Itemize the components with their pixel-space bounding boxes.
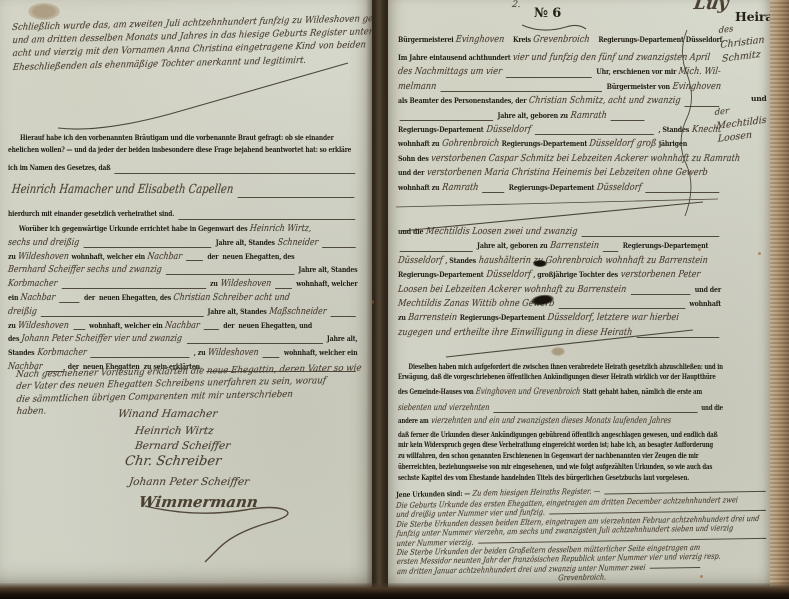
form-top-line: Sohn desverstorbenen Caspar Schmitz bei … <box>398 153 721 167</box>
printed-text: Regierungs-Departement <box>509 183 594 192</box>
blank-rule <box>187 342 323 344</box>
printed-text: , Standes <box>445 256 476 265</box>
printed-text: und die <box>701 403 723 412</box>
foxing-dot <box>700 575 703 578</box>
handwritten-text: Wildeshoven <box>18 320 70 331</box>
blank-rule <box>637 336 720 338</box>
handwritten-text: Wimmermann <box>138 493 259 511</box>
handwritten-text: Winand Hamacher <box>117 408 218 420</box>
handwritten-text: Zu dem hiesigen Heiraths Register. — <box>472 487 601 498</box>
record-number: № 6 <box>534 6 561 20</box>
couple-names: Heinrich Hamacher und Elisabeth Capellen <box>12 181 356 201</box>
printed-text: andere am <box>398 416 429 425</box>
form-top-line: Im Jahre eintausend achthundertvier und … <box>398 52 721 66</box>
blank-rule <box>263 356 280 358</box>
handwritten-text: sechs und dreißig <box>7 237 80 248</box>
printed-text: , zu <box>194 348 206 357</box>
printed-text: der neuen Ehegatten, des <box>207 252 294 261</box>
paper-stain <box>28 3 60 20</box>
printed-text: Dieselben haben mich aufgefordert die zw… <box>408 362 723 371</box>
blank-rule <box>83 246 211 248</box>
blank-rule <box>581 235 719 237</box>
witnesses-line: desJohann Peter Scheiffer vier und zwanz… <box>8 333 357 347</box>
handwritten-text: Nachbar <box>165 320 201 331</box>
printed-text: Erwägung, daß die vorgeschriebenen öffen… <box>398 372 716 381</box>
printed-text: hierdurch mit einander gesetzlich verhei… <box>8 209 174 218</box>
form-top-line: des Nachmittags um vierUhr, erschienen v… <box>398 66 721 80</box>
handwritten-text: Barrenstein <box>408 312 458 323</box>
witnesses-line: StandesKorbmacher, zuWildeshovenwohnhaft… <box>8 347 357 361</box>
urkunden: Jene Urkunden sind: —Zu dem hiesigen Hei… <box>396 484 768 586</box>
printed-text: Im Jahre eintausend achthundert <box>398 53 510 62</box>
announcement-line: des Gemeinde-Hauses vonEvinghoven und Gr… <box>398 387 723 403</box>
printed-text: Jahre alt, geboren zu <box>497 111 567 120</box>
handwritten-text: Gohrenbroich <box>441 138 499 149</box>
printed-text: Standes <box>8 348 34 357</box>
handwritten-text: Düsseldorf, <box>547 312 595 323</box>
printed-text: ein <box>8 293 18 302</box>
printed-text: als Beamter des Personenstandes, der <box>398 96 526 105</box>
book-gutter <box>366 0 390 588</box>
handwritten-text: Grevenbroich <box>533 34 591 45</box>
declaration-line: ehelichen wollen? — und da jeder der bei… <box>8 145 357 163</box>
blank-rule <box>331 315 356 317</box>
handwritten-text: Bernhard Scheiffer sechs und zwanzig <box>7 264 162 275</box>
blank-rule <box>611 119 645 121</box>
book-page-edges <box>770 0 789 599</box>
form-bride-line: zugegen und ertheilte ihre Einwilligung … <box>398 327 721 341</box>
announcement: Dieselben haben mich aufgefordert die zw… <box>398 362 723 484</box>
printed-text: überreichten, beziehungsweise von mir ei… <box>398 462 712 471</box>
blank-rule <box>400 250 473 252</box>
blank-rule <box>685 105 719 107</box>
printed-text: und der <box>398 168 424 177</box>
handwritten-text: verstorbenen Maria Christina Heinemis be… <box>426 167 708 178</box>
handwritten-text: des Nachmittags um vier <box>397 66 502 77</box>
handwritten-text: Christian Schmitz, acht und zwanzig <box>528 95 681 106</box>
form-bride-line: Loosen bei Lebzeiten Ackerer wohnhaft zu… <box>398 284 721 298</box>
form-top-line: wohnhaft zuRamrathRegierungs-Departement… <box>398 182 721 196</box>
blank-rule <box>275 287 292 289</box>
handwritten-text: verstorbenen Peter <box>620 269 701 280</box>
printed-text: zu <box>398 313 406 322</box>
handwritten-text: Düsseldorf <box>596 182 642 193</box>
printed-text: Jahre alt, geboren zu <box>477 241 547 250</box>
handwritten-text: haben. <box>16 406 47 418</box>
handwritten-text: zugegen und ertheilte ihre Einwilligung … <box>397 327 633 338</box>
margin-groom: desChristianSchmitz <box>718 21 767 68</box>
printed-text: Jene Urkunden sind: — <box>396 489 470 499</box>
printed-text: des Gemeinde-Hauses von <box>398 387 474 396</box>
printed-text: Jahre alt, Standes <box>208 307 267 316</box>
announcement-line: zu willfahren, den schon genannten Ersch… <box>398 451 723 462</box>
book-scan: Schließlich wurde das, am zweiten Juli a… <box>0 0 789 599</box>
form-top-line: BürgermeistereiEvinghovenKreisGrevenbroi… <box>398 34 721 52</box>
printed-text: zu <box>8 321 16 330</box>
witnesses: Worüber ich gegenwärtige Urkunde erricht… <box>8 223 357 375</box>
left-page: Schließlich wurde das, am zweiten Juli a… <box>0 0 372 588</box>
handwritten-text: Johann Peter Scheiffer <box>128 476 250 488</box>
printed-text: wohnhaft, welcher ein <box>89 321 163 330</box>
announcement-line: siebenten und vierzehntenund die <box>398 403 723 416</box>
foxing-dot <box>436 522 438 524</box>
blank-rule <box>166 273 294 275</box>
ink-blot <box>533 260 547 267</box>
married-clause: hierdurch mit einander gesetzlich verhei… <box>8 209 357 223</box>
handwritten-text: Evinghoven <box>672 81 722 92</box>
form-bride: und dieMechtildis Loosen zwei und zwanzi… <box>398 226 721 341</box>
declaration: Hierauf habe ich den vorbenannten Bräuti… <box>8 133 357 177</box>
printed-text: Statt gehabt haben, nämlich die erste am <box>583 387 702 396</box>
handwritten-text: vier und funfzig den fünf und zwanzigste… <box>512 52 711 63</box>
top-annotation: Luy <box>694 0 728 8</box>
form-top: BürgermeistereiEvinghovenKreisGrevenbroi… <box>398 34 721 196</box>
handwritten-text: Heinrich Hamacher und Elisabeth Capellen <box>11 181 234 196</box>
blank-rule <box>603 250 618 252</box>
printed-text: , Standes <box>658 125 689 134</box>
handwritten-text: Düsseldorf <box>485 269 531 280</box>
announcement-line: Dieselben haben mich aufgefordert die zw… <box>398 362 723 372</box>
blank-rule <box>41 315 203 317</box>
blank-rule <box>605 490 766 495</box>
handwritten-text: melmann <box>397 81 437 92</box>
printed-text: jährigen <box>659 139 687 148</box>
printed-text: wohnhaft, welcher ein <box>284 348 358 357</box>
form-top-line: Jahre alt, geboren zuRamrath <box>398 110 721 124</box>
printed-text: ehelichen wollen? — und da jeder der bei… <box>8 145 351 154</box>
printed-text: Bürgermeisterei <box>398 35 454 44</box>
printed-text: wohnhaft zu <box>398 183 439 192</box>
printed-text: Regierungs-Departement Düsseldorf. <box>598 35 724 44</box>
handwritten-text: vierzehnten und ein und zwanzigsten dies… <box>430 416 671 426</box>
printed-text: Bürgermeister von <box>607 82 670 91</box>
handwritten-text: Korbmacher <box>36 347 87 358</box>
printed-text: ich im Namen des Gesetzes, daß <box>8 163 111 172</box>
margin-bride: derMechtildisLoosen <box>714 102 769 147</box>
handwritten-text: Düsseldorf <box>589 138 635 149</box>
form-top-line: wohnhaft zuGohrenbroichRegierungs-Depart… <box>398 138 721 152</box>
handwritten-text: Ramrath <box>570 110 608 121</box>
handwritten-text: Heinrich Wirtz <box>134 425 214 437</box>
handwritten-text: Barrenstein <box>549 240 599 251</box>
printed-text: wohnhaft zu <box>398 139 439 148</box>
handwritten-text: Düsseldorf <box>397 255 443 266</box>
form-bride-line: Mechtildis Zanas Wittib ohne Gewerbwohnh… <box>398 298 721 312</box>
witnesses-line: dreißigJahre alt, StandesMaßschneider <box>8 306 357 320</box>
handwritten-text: Wildeshoven <box>220 278 272 289</box>
married-clause-line: hierdurch mit einander gesetzlich verhei… <box>8 209 357 223</box>
printed-text: Regierungs-Departement <box>460 313 545 322</box>
printed-text: Regierungs-Departement <box>398 270 483 279</box>
handwritten-text: Maßschneider <box>268 306 327 317</box>
handwritten-text: wohnhaft zu <box>604 255 656 266</box>
blank-rule <box>237 196 354 198</box>
handwritten-text: letztere war hierbei <box>597 312 680 323</box>
declaration-line: ich im Namen des Gesetzes, daß <box>8 163 357 177</box>
handwritten-text: Mich. Wil- <box>678 66 721 77</box>
blank-rule <box>441 90 603 92</box>
form-top-line: als Beamter des Personenstandes, derChri… <box>398 95 721 109</box>
handwritten-text: Mechtildis Loosen zwei und zwanzig <box>425 226 578 237</box>
printed-text: Sohn des <box>398 154 429 163</box>
printed-text: wohnhaft, welcher <box>296 279 357 288</box>
witnesses-line: sechs und dreißigJahre alt, StandesSchne… <box>8 237 357 251</box>
handwritten-text: Grevenbroich. <box>558 573 607 583</box>
printed-text: sechste Kapitel des vom Ehestande handel… <box>398 473 689 482</box>
printed-text: wohnhaft, welcher ein <box>71 252 145 261</box>
blank-rule <box>650 566 700 569</box>
witnesses-line: Bernhard Scheiffer sechs und zwanzigJahr… <box>8 264 357 278</box>
blank-rule <box>506 76 592 78</box>
blank-rule <box>61 287 205 289</box>
handwritten-text: siebenten und vierzehnten <box>397 403 490 413</box>
printed-text: Jahre alt, Standes <box>216 238 275 247</box>
handwritten-text: Wildeshoven <box>18 251 70 262</box>
signatures-line: Chr. Schreiber <box>118 454 258 476</box>
witnesses-line: KorbmacherzuWildeshovenwohnhaft, welcher <box>8 278 357 292</box>
corner-mark: 2. <box>512 0 521 14</box>
handwritten-text: Nachbar <box>147 251 183 262</box>
blank-rule <box>646 191 720 193</box>
signatures-line: Winand Hamacher <box>118 408 258 425</box>
printed-text: Uhr, erschienen vor mir <box>596 67 676 76</box>
printed-text: und die <box>398 227 423 236</box>
blank-rule <box>115 172 356 174</box>
handwritten-text: Loosen bei Lebzeiten Ackerer wohnhaft zu… <box>397 284 627 295</box>
signatures-line: Johann Peter Scheiffer <box>118 476 258 493</box>
blank-rule <box>73 328 85 330</box>
handwritten-text: Bernard Scheiffer <box>134 440 231 452</box>
handwritten-text: dreißig <box>7 306 37 317</box>
announcement-line: Erwägung, daß die vorgeschriebenen öffen… <box>398 372 723 387</box>
handwritten-text: Korbmacher <box>7 278 58 289</box>
printed-text: Jahre alt, Standes <box>298 265 357 274</box>
printed-text: Hierauf habe ich den vorbenannten Bräuti… <box>20 133 334 142</box>
blank-rule <box>322 246 356 248</box>
witnesses-line: zuWildeshovenwohnhaft, welcher einNachba… <box>8 320 357 334</box>
book-cover-edge <box>0 583 789 599</box>
blank-rule <box>482 191 504 193</box>
blank-rule <box>178 218 355 220</box>
blank-rule <box>493 411 697 413</box>
blank-rule <box>535 133 654 135</box>
handwritten-text: Chr. Schreiber <box>124 454 222 469</box>
printed-text: Regierungs-Departement <box>502 139 587 148</box>
form-top-line: melmannBürgermeister vonEvinghoven <box>398 81 721 95</box>
handwritten-text: Düsseldorf <box>485 124 531 135</box>
form-bride-line: Regierungs-DepartementDüsseldorf, großjä… <box>398 269 721 283</box>
form-top-line: und derverstorbenen Maria Christina Hein… <box>398 167 721 181</box>
blank-rule <box>186 259 203 261</box>
right-page: 2.№ 6LuyHeirathdesChristianSchmitzundder… <box>388 0 770 588</box>
announcement-line: daß ferner die Urkunden dieser Ankündigu… <box>398 430 723 440</box>
handwritten-text: Nachbar <box>20 292 56 303</box>
declaration-line: Hierauf habe ich den vorbenannten Bräuti… <box>8 133 357 145</box>
blank-rule <box>60 301 80 303</box>
witnesses-line: zuWildeshovenwohnhaft, welcher einNachba… <box>8 251 357 265</box>
signatures: Winand HamacherHeinrich WirtzBernard Sch… <box>118 408 258 513</box>
signatures-line: Heinrich Wirtz <box>118 425 258 440</box>
witnesses-line: Worüber ich gegenwärtige Urkunde erricht… <box>8 223 357 237</box>
corner-mark-line: 2. <box>512 0 521 14</box>
handwritten-text: Heinrich Wirtz, <box>249 223 312 234</box>
announcement-line: mir kein Widerspruch gegen diese Verheir… <box>398 440 723 451</box>
handwritten-text: Luy <box>693 0 730 14</box>
handwritten-text: Schneider <box>277 237 319 248</box>
announcement-line: sechste Kapitel des vom Ehestande handel… <box>398 473 723 484</box>
paper-stain <box>551 347 565 356</box>
blank-rule <box>400 119 494 121</box>
handwritten-text: verstorbenen Caspar Schmitz bei Lebzeite… <box>431 153 741 164</box>
handwritten-text: 2. <box>511 0 521 10</box>
form-bride-line: und dieMechtildis Loosen zwei und zwanzi… <box>398 226 721 240</box>
record-number-line: № 6 <box>534 6 561 20</box>
handwritten-text: Knecht <box>691 124 722 135</box>
foxing-dot <box>758 252 761 255</box>
printed-text: des <box>8 334 19 343</box>
witnesses-line: einNachbarder neuen Ehegatten, desChrist… <box>8 292 357 306</box>
announcement-line: überreichten, beziehungsweise von mir ei… <box>398 462 723 473</box>
form-top-line: Regierungs-DepartementDüsseldorf, Stande… <box>398 124 721 138</box>
printed-text: zu willfahren, den schon genannten Ersch… <box>398 451 698 460</box>
blank-rule <box>631 293 691 295</box>
printed-text: № 6 <box>534 6 561 21</box>
signatures-line: Bernard Scheiffer <box>118 440 258 454</box>
legitimation-note: Schließlich wurde das, am zweiten Juli a… <box>12 13 366 74</box>
form-bride-line: Jahre alt, geboren zuBarrensteinRegierun… <box>398 240 721 254</box>
announcement-line: andere amvierzehnten und ein und zwanzig… <box>398 416 723 430</box>
printed-text: Worüber ich gegenwärtige Urkunde erricht… <box>19 224 248 233</box>
handwritten-text: Johann Peter Scheiffer vier und zwanzig <box>21 333 183 344</box>
printed-text: wohnhaft <box>689 299 721 308</box>
form-bride-line: zuBarrensteinRegierungs-DepartementDüsse… <box>398 312 721 326</box>
blank-rule <box>91 356 190 358</box>
printed-text: Kreis <box>513 35 531 44</box>
handwritten-text: Christian Schreiber acht und <box>173 292 290 303</box>
couple-names-line: Heinrich Hamacher und Elisabeth Capellen <box>12 181 356 201</box>
foxing-dot <box>698 248 701 251</box>
handwritten-text: Evinghoven und Grevenbroich <box>475 387 581 397</box>
printed-text: zu <box>8 252 16 261</box>
printed-text: der neuen Ehegatten, des <box>84 293 171 302</box>
handwritten-text: Ramrath <box>441 182 479 193</box>
handwritten-text: Barrenstein <box>658 255 708 266</box>
printed-text: und der <box>695 285 721 294</box>
blank-rule <box>204 328 219 330</box>
blank-rule <box>559 307 685 309</box>
top-annotation-line: Luy <box>694 0 728 8</box>
handwritten-text: groß <box>636 138 657 149</box>
printed-text: Regierungs-Departement <box>398 125 483 134</box>
printed-text: Jahre alt, <box>327 334 358 343</box>
printed-text: , großjährige Tochter des <box>533 270 618 279</box>
printed-text: mir kein Widerspruch gegen diese Verheir… <box>398 440 713 449</box>
printed-text: daß ferner die Urkunden dieser Ankündigu… <box>398 430 718 439</box>
form-bride-line: Düsseldorf, Standeshaushälterin zu Gohre… <box>398 255 721 269</box>
foxing-dot <box>372 300 374 304</box>
handwritten-text: Evinghoven <box>455 34 505 45</box>
handwritten-text: Wildeshoven <box>207 347 259 358</box>
printed-text: der neuen Ehegatten, und <box>223 321 312 330</box>
signatures-line: Wimmermann <box>118 493 258 513</box>
printed-text: zu <box>210 279 218 288</box>
printed-text: Regierungs-Departement <box>623 241 708 250</box>
